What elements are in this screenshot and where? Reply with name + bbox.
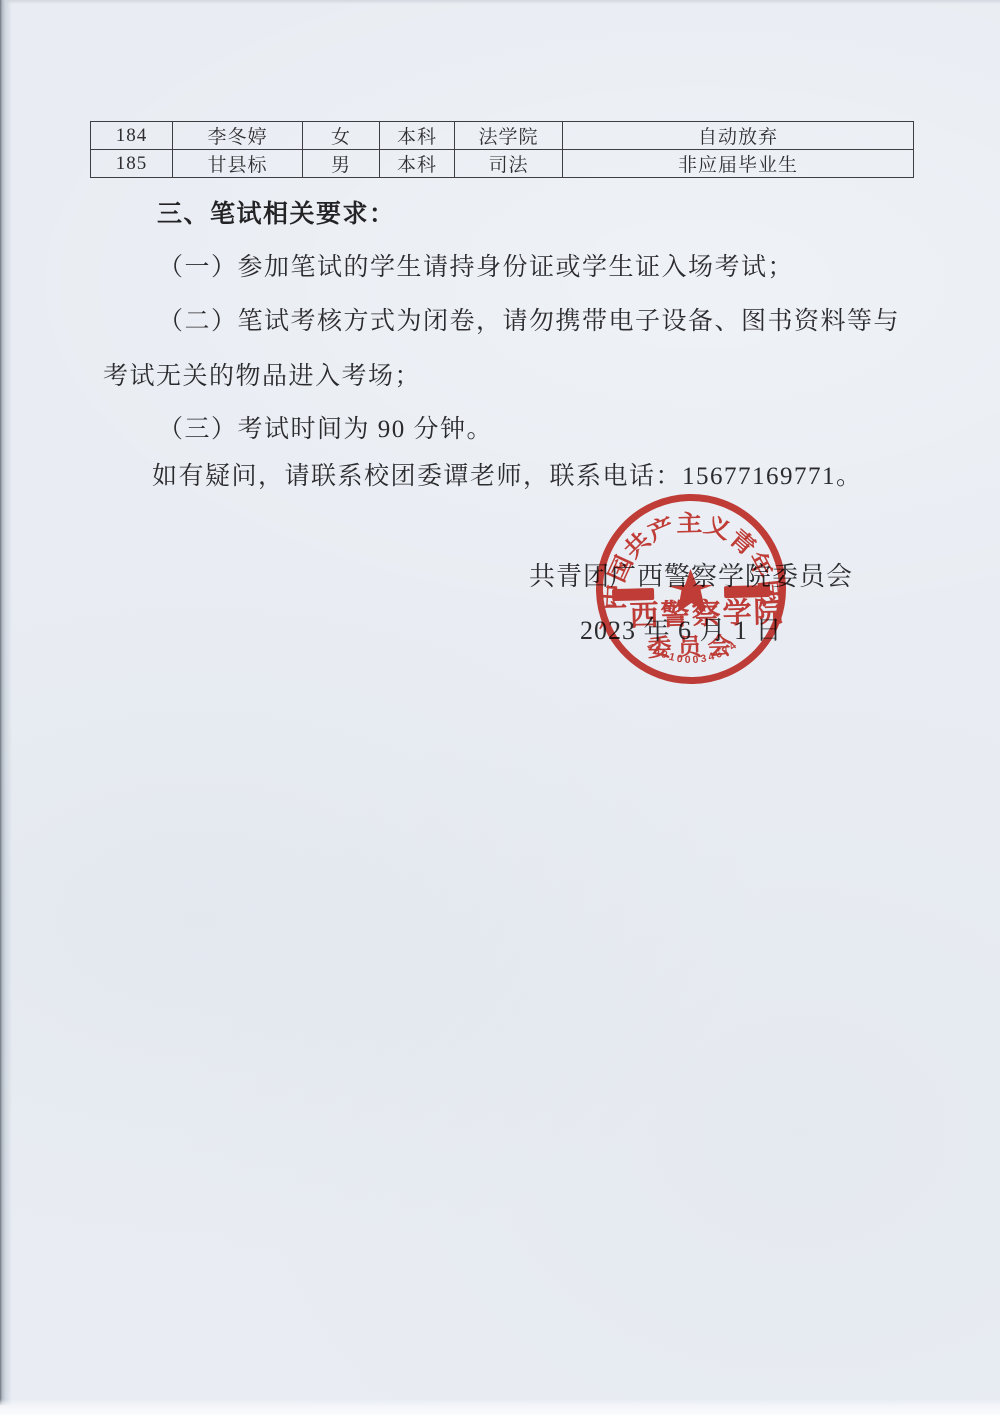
- cell-degree: 本科: [380, 150, 455, 178]
- cell-status: 自动放弃: [563, 122, 914, 150]
- requirement-item-3: （三）考试时间为 90 分钟。: [158, 409, 493, 445]
- cell-status: 非应届毕业生: [563, 150, 914, 178]
- seal-inner-line-1: 广西警察学院: [598, 595, 785, 634]
- cell-degree: 本科: [380, 122, 455, 150]
- requirement-item-2-line-2: 考试无关的物品进入考场；: [103, 356, 421, 392]
- scanned-document-page: 184 李冬婷 女 本科 法学院 自动放弃 185 甘县标 男 本科 司法 非应…: [0, 0, 1000, 1415]
- cell-gender: 男: [303, 150, 380, 178]
- table-row: 185 甘县标 男 本科 司法 非应届毕业生: [91, 150, 914, 178]
- scan-edge-top: [0, 0, 1000, 4]
- cell-name: 李冬婷: [173, 122, 303, 150]
- requirement-item-1: （一）参加笔试的学生请持身份证或学生证入场考试；: [158, 247, 794, 283]
- cell-name: 甘县标: [173, 150, 303, 178]
- scan-edge-bottom: [0, 1399, 1000, 1415]
- cell-college: 法学院: [455, 122, 563, 150]
- seal-left-bar: [612, 588, 654, 601]
- applicant-table: 184 李冬婷 女 本科 法学院 自动放弃 185 甘县标 男 本科 司法 非应…: [90, 121, 914, 178]
- cell-college: 司法: [455, 150, 563, 178]
- requirement-item-2-line-1: （二）笔试考核方式为闭卷，请勿携带电子设备、图书资料等与: [158, 301, 900, 337]
- official-seal: 中国共产主义青年团 广西警察学院 委员会 450100034674: [588, 486, 793, 691]
- section-heading: 三、笔试相关要求：: [157, 194, 396, 230]
- cell-gender: 女: [303, 122, 380, 150]
- cell-number: 185: [91, 150, 173, 178]
- table-row: 184 李冬婷 女 本科 法学院 自动放弃: [91, 122, 914, 150]
- scan-edge-left: [0, 0, 12, 1415]
- cell-number: 184: [91, 122, 173, 150]
